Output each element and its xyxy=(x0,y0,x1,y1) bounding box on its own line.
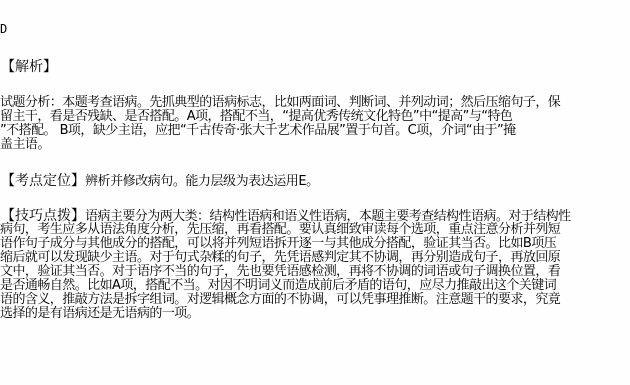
tips-line: 病句，考生应多从语法角度分析，先压缩，再看搭配。要认真细致审读每个选项，重点注意… xyxy=(0,223,560,237)
analysis-line: 留主干，看是否残缺、是否搭配。A项，搭配不当，“提高优秀传统文化特色”中“提高”… xyxy=(0,110,512,124)
analysis-heading: 【解析】 xyxy=(1,60,57,74)
key-point-text: 辨析并修改病句。能力层级为表达运用E。 xyxy=(85,174,319,189)
tips-line: 是否通畅自然。比如A项，搭配不当。对因不明词义而造成前后矛盾的语句，应尽力推敲出… xyxy=(0,279,556,293)
tips-line: 语的含义，推敲方法是拆字组词。对逻辑概念方面的不协调，可以凭事理推断。注意题干的… xyxy=(0,293,560,307)
tips-line: 文中，验证其当否。对于语序不当的句子，先也要凭语感检测，再将不协调的词语或句子调… xyxy=(0,265,560,279)
analysis-line: 盖主语。 xyxy=(0,138,50,152)
key-point-heading: 【考点定位】 xyxy=(1,173,85,189)
tips-line: 语作句子成分与其他成分的搭配，可以将并列短语拆开逐一与其他成分搭配，验证其当否。… xyxy=(0,237,556,251)
tips-line: 缩后就可以发现缺少主语。对于句式杂糅的句子，先凭语感判定其不协调，再分别造成句子… xyxy=(0,251,560,265)
key-point-section: 【考点定位】辨析并修改病句。能力层级为表达运用E。 xyxy=(1,174,319,189)
analysis-line: ”不搭配。 B项，缺少主语，应把“千古传奇·张大千艺术作品展”置于句首。C项，介… xyxy=(0,124,516,138)
tips-line: 选择的是有语病还是无语病的一项。 xyxy=(0,307,199,321)
answer-text: D xyxy=(0,22,7,36)
analysis-line: 试题分析：本题考查语病。先抓典型的语病标志，比如两面词、判断词、并列动词；然后压… xyxy=(0,96,560,110)
